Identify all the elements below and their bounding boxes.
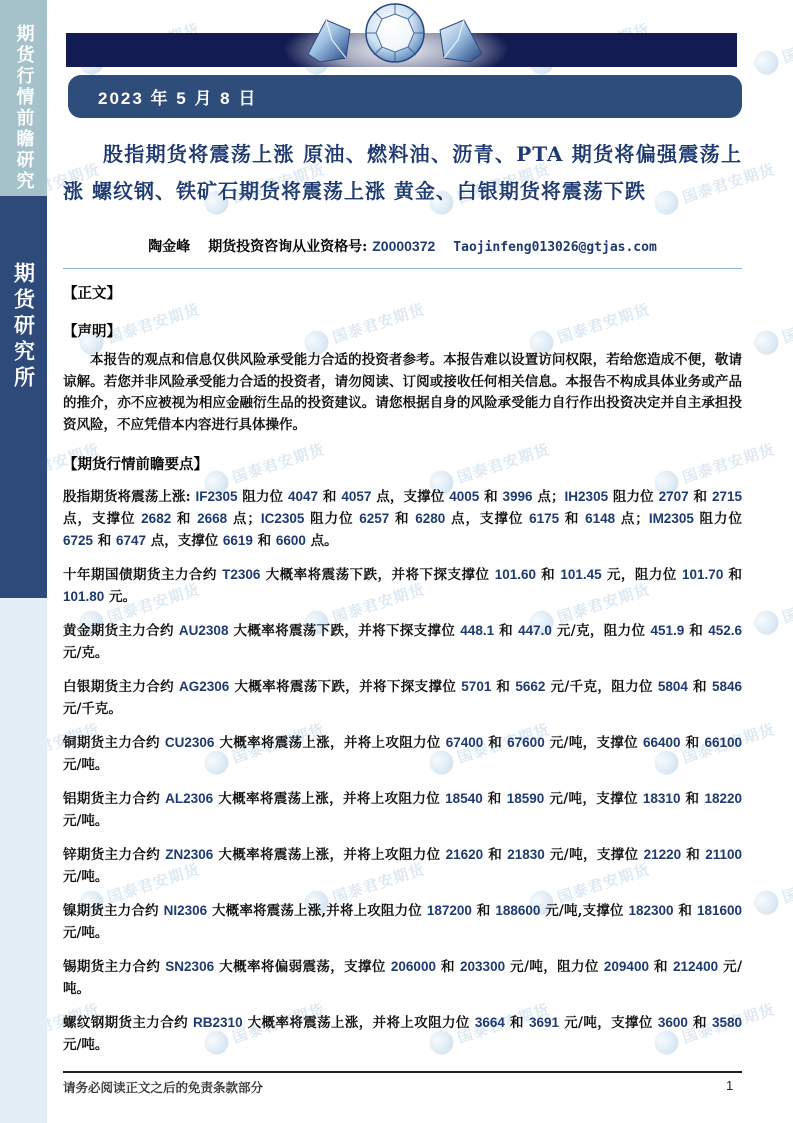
highlight-paragraph: 螺纹钢期货主力合约 RB2310 大概率将震荡上涨，并将上攻阻力位 3664 和…: [63, 1012, 742, 1056]
diamonds-logo-icon: [300, 2, 490, 67]
watermark: 国泰君安期货: [751, 576, 793, 637]
report-title: 股指期货将震荡上涨 原油、燃料油、沥青、PTA 期货将偏强震荡上涨 螺纹钢、铁矿…: [63, 136, 742, 210]
watermark-logo-icon: [751, 47, 781, 77]
sidebar-bottom-band: [0, 598, 47, 1123]
watermark: 国泰君安期货: [751, 16, 793, 77]
footer-separator: [63, 1071, 742, 1073]
author-credential: 期货投资咨询从业资格号: Z0000372: [208, 239, 435, 255]
author-email[interactable]: Taojinfeng013026@gtjas.com: [453, 240, 657, 255]
author-line: 陶金峰期货投资咨询从业资格号: Z0000372Taojinfeng013026…: [63, 236, 742, 256]
highlight-paragraph: 锡期货主力合约 SN2306 大概率将偏弱震荡，支撑位 206000 和 203…: [63, 956, 742, 1000]
report-content: 股指期货将震荡上涨 原油、燃料油、沥青、PTA 期货将偏强震荡上涨 螺纹钢、铁矿…: [63, 136, 742, 1056]
watermark: 国泰君安期货: [751, 296, 793, 357]
watermark: 国泰君安期货: [751, 856, 793, 917]
highlight-paragraph: 白银期货主力合约 AG2306 大概率将震荡下跌，并将下探支撑位 5701 和 …: [63, 676, 742, 720]
page-number: 1: [726, 1078, 733, 1093]
highlight-paragraph: 铜期货主力合约 CU2306 大概率将震荡上涨，并将上攻阻力位 67400 和 …: [63, 732, 742, 776]
date-box: 2023 年 5 月 8 日: [68, 75, 742, 118]
watermark-text: 国泰君安期货: [779, 858, 793, 908]
sidebar-top-label: 期货行情前瞻研究: [11, 24, 37, 192]
watermark-logo-icon: [751, 607, 781, 637]
footer-note: 请务必阅读正文之后的免责条款部分: [63, 1078, 263, 1096]
highlights-list: 股指期货将震荡上涨: IF2305 阻力位 4047 和 4057 点，支撑位 …: [63, 486, 742, 1056]
watermark-text: 国泰君安期货: [779, 18, 793, 68]
highlight-paragraph: 锌期货主力合约 ZN2306 大概率将震荡上涨，并将上攻阻力位 21620 和 …: [63, 844, 742, 888]
watermark-text: 国泰君安期货: [779, 298, 793, 348]
watermark-logo-icon: [751, 327, 781, 357]
sidebar-mid-band: 期货研究所: [0, 196, 47, 598]
watermark-text: 国泰君安期货: [779, 578, 793, 628]
sidebar-bottom-label: 期货研究所: [9, 262, 39, 392]
sidebar-top-band: 期货行情前瞻研究: [0, 0, 47, 196]
section-label-body: 【正文】: [63, 282, 742, 303]
highlight-paragraph: 股指期货将震荡上涨: IF2305 阻力位 4047 和 4057 点，支撑位 …: [63, 486, 742, 552]
section-label-disclaimer: 【声明】: [63, 320, 742, 341]
author-name: 陶金峰: [148, 239, 190, 255]
page-container: 国泰君安期货国泰君安期货国泰君安期货国泰君安期货国泰君安期货国泰君安期货国泰君安…: [0, 0, 793, 1123]
highlight-paragraph: 十年期国债期货主力合约 T2306 大概率将震荡下跌，并将下探支撑位 101.6…: [63, 564, 742, 608]
date-text: 2023 年 5 月 8 日: [98, 84, 257, 109]
disclaimer-text: 本报告的观点和信息仅供风险承受能力合适的投资者参考。本报告难以设置访问权限，若给…: [63, 350, 742, 436]
highlight-paragraph: 铝期货主力合约 AL2306 大概率将震荡上涨，并将上攻阻力位 18540 和 …: [63, 788, 742, 832]
highlight-paragraph: 镍期货主力合约 NI2306 大概率将震荡上涨,并将上攻阻力位 187200 和…: [63, 900, 742, 944]
watermark-logo-icon: [751, 887, 781, 917]
title-separator: [63, 268, 742, 269]
section-label-highlights: 【期货行情前瞻要点】: [63, 453, 742, 474]
highlight-paragraph: 黄金期货主力合约 AU2308 大概率将震荡下跌，并将下探支撑位 448.1 和…: [63, 620, 742, 664]
